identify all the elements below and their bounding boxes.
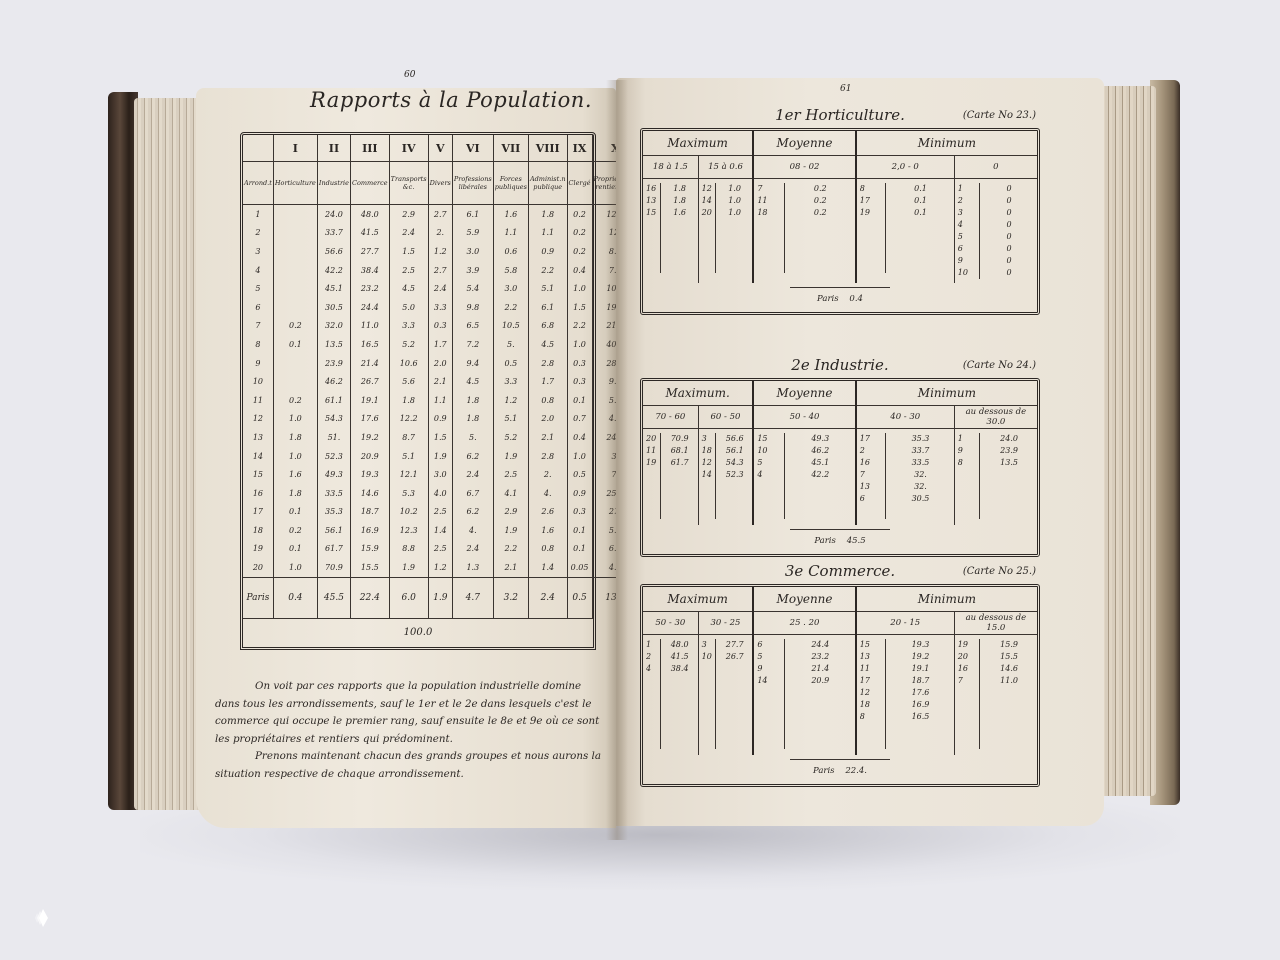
group-maximum: Maximum bbox=[643, 587, 753, 612]
column-name-7: Forces publiques bbox=[493, 162, 528, 205]
arrondissement-number: 15 bbox=[757, 433, 783, 445]
ratio-cell: 1.0 bbox=[273, 558, 317, 577]
ratio-cell: 0.4 bbox=[567, 261, 592, 280]
ratio-cell: 1.6 bbox=[493, 205, 528, 224]
ratio-cell: 0.9 bbox=[428, 410, 452, 429]
ratio-cell: 35.3 bbox=[317, 503, 350, 522]
ratio-cell bbox=[273, 261, 317, 280]
value-cell: 38.4 bbox=[665, 663, 695, 675]
group-moyenne: Moyenne bbox=[753, 381, 855, 406]
ratio-cell: 49.3 bbox=[317, 465, 350, 484]
paris-value: 0.4 bbox=[849, 294, 863, 304]
ratio-cell: 5.1 bbox=[528, 279, 567, 298]
arrondissement-number: 11 bbox=[243, 391, 273, 410]
roman-header-6: VI bbox=[452, 135, 493, 162]
ratio-cell: 3.3 bbox=[389, 317, 428, 336]
value-cell: 26.7 bbox=[720, 651, 749, 663]
column-name-8: Administ.n publique bbox=[528, 162, 567, 205]
ratio-cell: 8.7 bbox=[389, 428, 428, 447]
paris-label: Paris bbox=[813, 766, 835, 776]
ratio-cell: 4.5 bbox=[528, 335, 567, 354]
ratio-cell: 4.5 bbox=[452, 372, 493, 391]
table-row: 630.524.45.03.39.82.26.11.519.2 bbox=[243, 298, 638, 317]
ratio-cell: 16.9 bbox=[351, 521, 390, 540]
arrondissement-number: 17 bbox=[860, 195, 885, 207]
arrondissement-number: 2 bbox=[646, 651, 660, 663]
value-cell: 0 bbox=[984, 243, 1034, 255]
paris-value: 45.5 bbox=[847, 536, 866, 546]
ratio-cell: 51. bbox=[317, 428, 350, 447]
value-cell: 21.4 bbox=[789, 663, 852, 675]
arrondissement-number: 17 bbox=[860, 433, 885, 445]
ratio-cell: 30.5 bbox=[317, 298, 350, 317]
arrondissement-number: 8 bbox=[958, 457, 979, 469]
range-column: 151311171218819.319.219.118.717.616.916.… bbox=[856, 635, 955, 755]
value-cell: 33.7 bbox=[890, 445, 951, 457]
ratio-cell: 3.0 bbox=[493, 279, 528, 298]
table-row: 201.070.915.51.91.21.32.11.40.054.7 bbox=[243, 558, 638, 577]
ratio-cell: 12.1 bbox=[389, 465, 428, 484]
ratio-cell: 15.9 bbox=[351, 540, 390, 559]
value-cell: 33.5 bbox=[890, 457, 951, 469]
ratio-cell: 2.5 bbox=[428, 503, 452, 522]
ratio-cell: 2.1 bbox=[428, 372, 452, 391]
ratio-cell: 17.6 bbox=[351, 410, 390, 429]
ratio-cell: 1.8 bbox=[273, 428, 317, 447]
ratio-cell bbox=[273, 372, 317, 391]
range-column: 192016715.915.514.611.0 bbox=[954, 635, 1037, 755]
ratio-cell: 0.6 bbox=[493, 242, 528, 261]
ratio-cell: 1.2 bbox=[493, 391, 528, 410]
ratio-cell: 1.4 bbox=[528, 558, 567, 577]
group-moyenne: Moyenne bbox=[753, 587, 855, 612]
table-row: 141.052.320.95.11.96.21.92.81.03. bbox=[243, 447, 638, 466]
value-cell: 0 bbox=[984, 183, 1034, 195]
value-cell: 49.3 bbox=[789, 433, 852, 445]
left-page-title: Rapports à la Population. bbox=[310, 88, 592, 112]
ratio-cell: 2.5 bbox=[493, 465, 528, 484]
arrondissement-number: 17 bbox=[243, 503, 273, 522]
arrondissement-number: 4 bbox=[757, 469, 783, 481]
ratio-cell: 5.0 bbox=[389, 298, 428, 317]
group-moyenne: Moyenne bbox=[753, 131, 855, 156]
paris-cell: 4.7 bbox=[452, 577, 493, 618]
range-column: 12448.041.538.4 bbox=[643, 635, 698, 755]
left-folio: 60 bbox=[404, 70, 415, 80]
value-cell: 20.9 bbox=[789, 675, 852, 687]
value-cell: 16.9 bbox=[890, 699, 951, 711]
value-cell: 52.3 bbox=[720, 469, 749, 481]
ratio-cell: 12.3 bbox=[389, 521, 428, 540]
value-cell: 0.1 bbox=[890, 183, 951, 195]
ratio-cell: 6.8 bbox=[528, 317, 567, 336]
range-column: 15105449.346.245.142.2 bbox=[753, 429, 855, 525]
roman-header-0 bbox=[243, 135, 273, 162]
paris-cell: 1.9 bbox=[428, 577, 452, 618]
value-cell: 15.5 bbox=[984, 651, 1034, 663]
arrondissement-number: 20 bbox=[702, 207, 715, 219]
arrondissement-number: 10 bbox=[757, 445, 783, 457]
ratio-cell: 2.8 bbox=[528, 447, 567, 466]
ratio-cell: 0.1 bbox=[567, 391, 592, 410]
table-row: 170.135.318.710.22.56.22.92.60.321. bbox=[243, 503, 638, 522]
range-header: 50 - 40 bbox=[753, 406, 855, 429]
arrondissement-number: 18 bbox=[702, 445, 715, 457]
ratio-cell: 2.4 bbox=[428, 279, 452, 298]
range-header: 0 bbox=[954, 156, 1037, 179]
ratio-cell: 0.3 bbox=[567, 503, 592, 522]
ratio-cell: 27.7 bbox=[351, 242, 390, 261]
paris-cell: 45.5 bbox=[317, 577, 350, 618]
column-name-2: Industrie bbox=[317, 162, 350, 205]
ratio-cell: 2.1 bbox=[528, 428, 567, 447]
value-cell: 11.0 bbox=[984, 675, 1034, 687]
ratio-cell: 0.1 bbox=[273, 335, 317, 354]
page-stack-right bbox=[1098, 86, 1156, 796]
range-header: 08 - 02 bbox=[753, 156, 855, 179]
arrondissement-number: 16 bbox=[243, 484, 273, 503]
ratio-cell: 2.8 bbox=[528, 354, 567, 373]
ratio-cell: 0.2 bbox=[567, 205, 592, 224]
table-row: 190.161.715.98.82.52.42.20.80.16.5 bbox=[243, 540, 638, 559]
range-header: 70 - 60 bbox=[643, 406, 698, 429]
ratio-cell: 61.7 bbox=[317, 540, 350, 559]
value-cell: 48.0 bbox=[665, 639, 695, 651]
value-cell: 1.8 bbox=[665, 183, 695, 195]
value-cell: 54.3 bbox=[720, 457, 749, 469]
ratio-cell: 2.9 bbox=[389, 205, 428, 224]
table-total: 100.0 bbox=[243, 618, 593, 647]
arrondissement-number: 12 bbox=[860, 687, 885, 699]
ratio-cell: 1.9 bbox=[493, 447, 528, 466]
arrondissement-number: 1 bbox=[243, 205, 273, 224]
ratio-cell bbox=[273, 298, 317, 317]
ratio-cell: 1.5 bbox=[428, 428, 452, 447]
value-cell: 16.5 bbox=[890, 711, 951, 723]
ratio-cell: 19.3 bbox=[351, 465, 390, 484]
value-cell: 23.2 bbox=[789, 651, 852, 663]
ratio-cell: 2.9 bbox=[493, 503, 528, 522]
range-header: 30 - 25 bbox=[698, 612, 753, 635]
value-cell: 32. bbox=[890, 469, 951, 481]
value-cell: 1.0 bbox=[720, 195, 749, 207]
group-maximum: Maximum. bbox=[643, 381, 753, 406]
group-minimum: Minimum bbox=[856, 381, 1037, 406]
range-column: 1214201.01.01.0 bbox=[698, 179, 753, 284]
range-header: 60 - 50 bbox=[698, 406, 753, 429]
range-column: 31027.726.7 bbox=[698, 635, 753, 755]
arrondissement-number: 13 bbox=[243, 428, 273, 447]
table-row: 442.238.42.52.73.95.82.20.47.2 bbox=[243, 261, 638, 280]
arrondissement-number: 15 bbox=[646, 207, 660, 219]
section-table: MaximumMoyenneMinimum50 - 3030 - 2525 . … bbox=[640, 584, 1040, 787]
ratio-cell: 5.1 bbox=[389, 447, 428, 466]
page-stack-left bbox=[134, 98, 200, 810]
arrondissement-number: 3 bbox=[702, 639, 715, 651]
arrondissement-number: 18 bbox=[757, 207, 783, 219]
ratio-cell: 4. bbox=[528, 484, 567, 503]
ratio-cell: 6.2 bbox=[452, 503, 493, 522]
arrondissement-number: 13 bbox=[646, 195, 660, 207]
ratio-cell: 1.8 bbox=[452, 391, 493, 410]
ratio-cell: 2.1 bbox=[493, 558, 528, 577]
value-cell: 0 bbox=[984, 231, 1034, 243]
paris-rule bbox=[790, 287, 890, 288]
ratio-cell: 1.2 bbox=[428, 242, 452, 261]
range-header: au dessous de 30.0 bbox=[954, 406, 1037, 429]
arrondissement-number: 4 bbox=[243, 261, 273, 280]
arrondissement-number: 5 bbox=[757, 457, 783, 469]
paris-label: Paris bbox=[243, 577, 273, 618]
arrondissement-number: 9 bbox=[958, 255, 979, 267]
value-cell: 0 bbox=[984, 255, 1034, 267]
ratio-cell: 6.7 bbox=[452, 484, 493, 503]
range-header: 15 à 0.6 bbox=[698, 156, 753, 179]
ratio-cell: 1.6 bbox=[528, 521, 567, 540]
ratio-cell: 0.2 bbox=[273, 317, 317, 336]
range-header: 2,0 - 0 bbox=[856, 156, 955, 179]
ratio-cell: 0.2 bbox=[273, 391, 317, 410]
section-3: 3e Commerce.(Carte No 25.)MaximumMoyenne… bbox=[640, 562, 1040, 787]
ratio-cell: 0.1 bbox=[567, 540, 592, 559]
ratio-cell: 3.3 bbox=[493, 372, 528, 391]
table-row: 131.851.19.28.71.55.5.22.10.424.2 bbox=[243, 428, 638, 447]
ratio-cell: 19.1 bbox=[351, 391, 390, 410]
range-header: 20 - 15 bbox=[856, 612, 955, 635]
group-minimum: Minimum bbox=[856, 587, 1037, 612]
range-column: 19824.023.913.5 bbox=[954, 429, 1037, 525]
value-cell: 46.2 bbox=[789, 445, 852, 457]
arrondissement-number: 7 bbox=[860, 469, 885, 481]
group-minimum: Minimum bbox=[856, 131, 1037, 156]
ratio-cell: 13.5 bbox=[317, 335, 350, 354]
arrondissement-number: 15 bbox=[860, 639, 885, 651]
value-cell: 1.0 bbox=[720, 207, 749, 219]
ratio-cell: 2.2 bbox=[493, 298, 528, 317]
arrondissement-number: 13 bbox=[860, 481, 885, 493]
arrondissement-number: 9 bbox=[757, 663, 783, 675]
ratio-cell: 1.8 bbox=[528, 205, 567, 224]
value-cell: 45.1 bbox=[789, 457, 852, 469]
ratio-cell: 33.5 bbox=[317, 484, 350, 503]
range-header: 18 à 1.5 bbox=[643, 156, 698, 179]
roman-header-9: IX bbox=[567, 135, 592, 162]
ratio-cell: 5.2 bbox=[389, 335, 428, 354]
arrondissement-number: 18 bbox=[860, 699, 885, 711]
range-column: 6591424.423.221.420.9 bbox=[753, 635, 855, 755]
value-cell: 23.9 bbox=[984, 445, 1034, 457]
range-column: 817190.10.10.1 bbox=[856, 179, 955, 284]
ratio-cell: 18.7 bbox=[351, 503, 390, 522]
arrondissement-number: 20 bbox=[243, 558, 273, 577]
ratio-cell: 3.9 bbox=[452, 261, 493, 280]
ratio-cell: 0.3 bbox=[567, 372, 592, 391]
arrondissement-number: 3 bbox=[243, 242, 273, 261]
ratio-cell: 1.6 bbox=[273, 465, 317, 484]
range-column: 12345691000000000 bbox=[954, 179, 1037, 284]
ratio-cell: 1.8 bbox=[389, 391, 428, 410]
watermark-logo-icon bbox=[34, 908, 48, 928]
ratio-cell: 54.3 bbox=[317, 410, 350, 429]
section-table: MaximumMoyenneMinimum18 à 1.515 à 0.608 … bbox=[640, 128, 1040, 315]
arrondissement-number: 10 bbox=[243, 372, 273, 391]
ratio-cell: 4. bbox=[452, 521, 493, 540]
ratio-cell: 70.9 bbox=[317, 558, 350, 577]
ratio-cell: 45.1 bbox=[317, 279, 350, 298]
arrondissement-number: 7 bbox=[243, 317, 273, 336]
value-cell: 0 bbox=[984, 267, 1034, 279]
value-cell: 70.9 bbox=[665, 433, 695, 445]
ratio-cell: 5.9 bbox=[452, 224, 493, 243]
arrondissement-number: 18 bbox=[243, 521, 273, 540]
table-row: 151.649.319.312.13.02.42.52.0.57. bbox=[243, 465, 638, 484]
table-row: 180.256.116.912.31.44.1.91.60.15.4 bbox=[243, 521, 638, 540]
ratio-cell: 2.4 bbox=[389, 224, 428, 243]
ratio-cell: 33.7 bbox=[317, 224, 350, 243]
arrondissement-number: 3 bbox=[702, 433, 715, 445]
book-gutter bbox=[606, 80, 628, 840]
commentary-paragraph: On voit par ces rapports que la populati… bbox=[215, 678, 605, 783]
ratio-cell bbox=[273, 279, 317, 298]
arrondissement-number: 19 bbox=[860, 207, 885, 219]
ratio-cell: 5. bbox=[493, 335, 528, 354]
ratio-cell: 6.5 bbox=[452, 317, 493, 336]
arrondissement-number: 16 bbox=[646, 183, 660, 195]
ratio-cell: 3.0 bbox=[452, 242, 493, 261]
ratio-cell bbox=[273, 242, 317, 261]
arrondissement-number: 2 bbox=[958, 195, 979, 207]
table-row: 110.261.119.11.81.11.81.20.80.15.8 bbox=[243, 391, 638, 410]
arrondissement-number: 1 bbox=[958, 183, 979, 195]
ratio-cell: 0.5 bbox=[493, 354, 528, 373]
ratio-cell: 56.6 bbox=[317, 242, 350, 261]
ratio-cell bbox=[273, 354, 317, 373]
ratio-cell: 32.0 bbox=[317, 317, 350, 336]
value-cell: 32. bbox=[890, 481, 951, 493]
ratio-cell: 6.1 bbox=[528, 298, 567, 317]
arrondissement-number: 7 bbox=[757, 183, 783, 195]
value-cell: 30.5 bbox=[890, 493, 951, 505]
value-cell: 41.5 bbox=[665, 651, 695, 663]
ratio-cell: 1.9 bbox=[389, 558, 428, 577]
ratio-cell: 46.2 bbox=[317, 372, 350, 391]
arrondissement-number: 2 bbox=[243, 224, 273, 243]
ratio-cell: 6.1 bbox=[452, 205, 493, 224]
table-row: 121.054.317.612.20.91.85.12.00.74.4 bbox=[243, 410, 638, 429]
ratio-cell: 5.8 bbox=[493, 261, 528, 280]
column-name-9: Clergé bbox=[567, 162, 592, 205]
roman-header-2: II bbox=[317, 135, 350, 162]
ratio-cell: 1.7 bbox=[428, 335, 452, 354]
arrondissement-number: 14 bbox=[702, 195, 715, 207]
value-cell: 0.2 bbox=[789, 207, 852, 219]
ratio-cell: 3.0 bbox=[428, 465, 452, 484]
value-cell: 18.7 bbox=[890, 675, 951, 687]
ratio-cell: 4.1 bbox=[493, 484, 528, 503]
ratio-cell: 24.4 bbox=[351, 298, 390, 317]
ratio-cell: 2.2 bbox=[493, 540, 528, 559]
ratio-cell: 1.1 bbox=[428, 391, 452, 410]
arrondissement-number: 6 bbox=[860, 493, 885, 505]
ratio-cell: 2.5 bbox=[428, 540, 452, 559]
ratio-cell: 1.5 bbox=[567, 298, 592, 317]
range-column: 711180.20.20.2 bbox=[753, 179, 855, 284]
column-name-4: Transports &c. bbox=[389, 162, 428, 205]
value-cell: 0.1 bbox=[890, 207, 951, 219]
arrondissement-number: 13 bbox=[860, 651, 885, 663]
ratio-cell: 2.4 bbox=[452, 465, 493, 484]
commentary-line-2: Prenons maintenant chacun des grands gro… bbox=[215, 748, 605, 783]
value-cell: 19.2 bbox=[890, 651, 951, 663]
arrondissement-number: 9 bbox=[958, 445, 979, 457]
value-cell: 15.9 bbox=[984, 639, 1034, 651]
ratio-cell: 16.5 bbox=[351, 335, 390, 354]
ratio-cell: 5. bbox=[452, 428, 493, 447]
ratio-cell bbox=[273, 205, 317, 224]
ratio-cell: 0.7 bbox=[567, 410, 592, 429]
ratio-cell: 10.6 bbox=[389, 354, 428, 373]
arrondissement-number: 14 bbox=[702, 469, 715, 481]
range-column: 17216713635.333.733.532.32.30.5 bbox=[856, 429, 955, 525]
table-row: 70.232.011.03.30.36.510.56.82.221.2 bbox=[243, 317, 638, 336]
arrondissement-number: 11 bbox=[757, 195, 783, 207]
value-cell: 0.1 bbox=[890, 195, 951, 207]
ratio-cell: 5.2 bbox=[493, 428, 528, 447]
ratio-cell: 0.1 bbox=[273, 540, 317, 559]
ratio-cell: 1.0 bbox=[273, 410, 317, 429]
ratio-cell: 0.3 bbox=[428, 317, 452, 336]
arrondissement-number: 5 bbox=[757, 651, 783, 663]
arrondissement-number: 6 bbox=[243, 298, 273, 317]
arrondissement-number: 6 bbox=[958, 243, 979, 255]
roman-header-8: VIII bbox=[528, 135, 567, 162]
range-header: au dessous de 15.0 bbox=[954, 612, 1037, 635]
ratio-cell: 12.2 bbox=[389, 410, 428, 429]
ratio-cell: 26.7 bbox=[351, 372, 390, 391]
arrondissement-number: 16 bbox=[860, 457, 885, 469]
ratio-cell: 2.6 bbox=[528, 503, 567, 522]
paris-cell: 0.4 bbox=[273, 577, 317, 618]
ratio-cell: 10.2 bbox=[389, 503, 428, 522]
ratio-cell: 2.2 bbox=[567, 317, 592, 336]
ratio-cell: 1.8 bbox=[452, 410, 493, 429]
ratio-cell: 0.2 bbox=[273, 521, 317, 540]
value-cell: 24.0 bbox=[984, 433, 1034, 445]
value-cell: 19.1 bbox=[890, 663, 951, 675]
ratio-cell: 0.2 bbox=[567, 224, 592, 243]
ratio-cell: 7.2 bbox=[452, 335, 493, 354]
ratio-cell: 21.4 bbox=[351, 354, 390, 373]
value-cell: 68.1 bbox=[665, 445, 695, 457]
arrondissement-number: 1 bbox=[958, 433, 979, 445]
ratio-cell: 1.3 bbox=[452, 558, 493, 577]
arrondissement-number: 17 bbox=[860, 675, 885, 687]
ratio-cell: 1.0 bbox=[273, 447, 317, 466]
column-name-5: Divers bbox=[428, 162, 452, 205]
arrondissement-number: 14 bbox=[243, 447, 273, 466]
arrondissement-number: 9 bbox=[243, 354, 273, 373]
ratio-cell: 1.5 bbox=[389, 242, 428, 261]
ratio-cell: 8.8 bbox=[389, 540, 428, 559]
carte-reference: (Carte No 25.) bbox=[963, 566, 1036, 577]
roman-header-5: V bbox=[428, 135, 452, 162]
value-cell: 1.6 bbox=[665, 207, 695, 219]
ratio-cell: 2.5 bbox=[389, 261, 428, 280]
value-cell: 24.4 bbox=[789, 639, 852, 651]
table-row: 356.627.71.51.23.00.60.90.28.4 bbox=[243, 242, 638, 261]
ratio-cell: 0.1 bbox=[273, 503, 317, 522]
ratio-cell bbox=[273, 224, 317, 243]
